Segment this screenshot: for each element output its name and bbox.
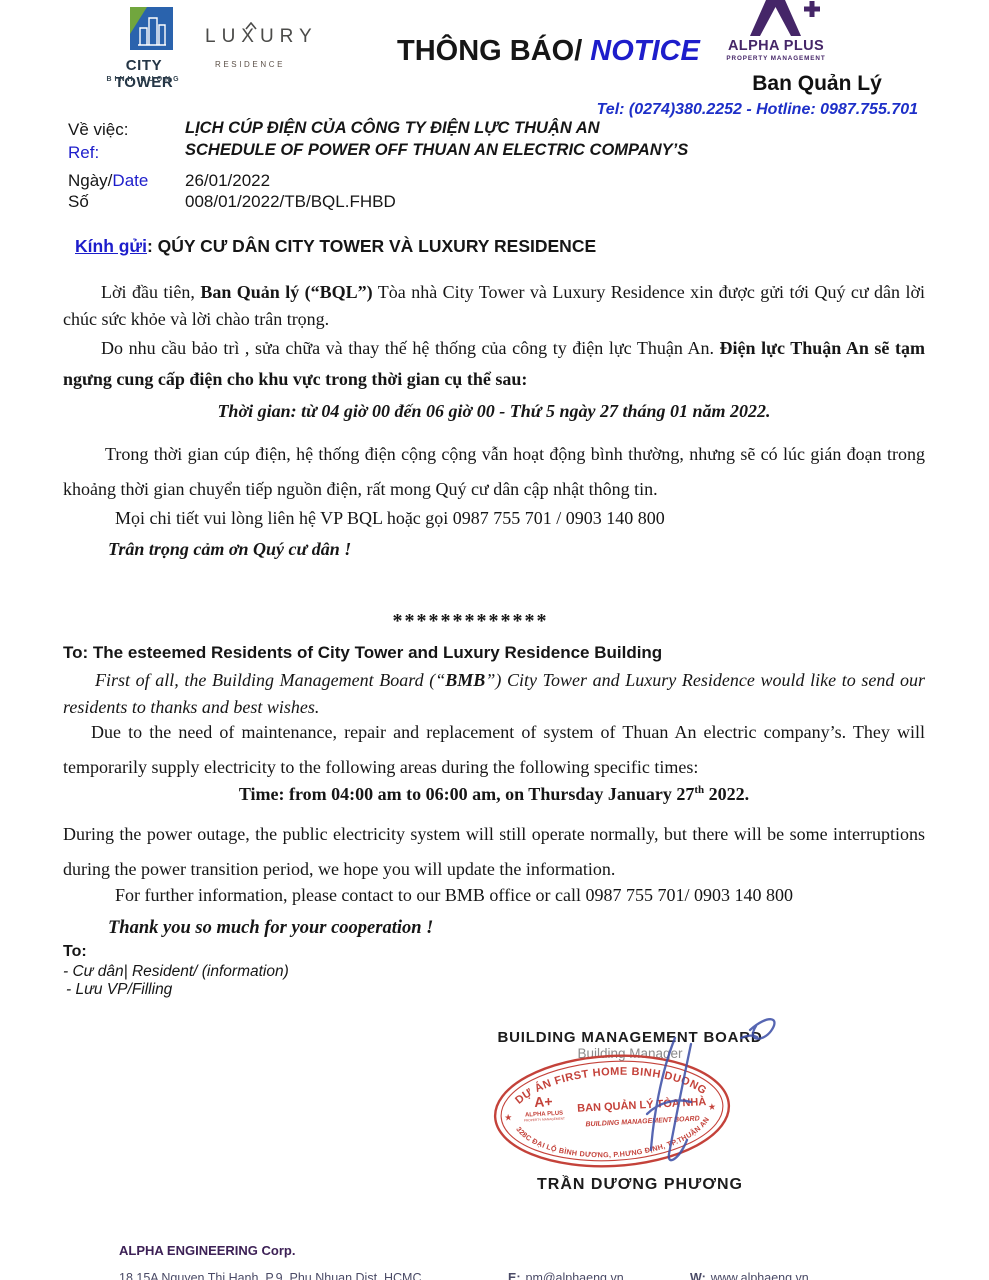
footer-email-label: E: [508,1271,521,1280]
vi-paragraph-greeting: Lời đầu tiên, Ban Quản lý (“BQL”) Tòa nh… [63,279,925,333]
vi-paragraph-contact: Mọi chi tiết vui lòng liên hệ VP BQL hoặ… [63,508,925,529]
vi-p2-text: Do nhu cầu bảo trì , sửa chữa và thay th… [101,338,720,358]
date-label-en: Date [112,171,148,190]
salutation-line: Kính gửi: QÚY CƯ DÂN CITY TOWER VÀ LUXUR… [75,236,596,257]
notice-page: CITY TOWER BINH DUONG LUXURY RESIDENCE T… [0,0,989,1280]
luxury-caret-icon [245,22,257,30]
city-tower-logo-icon [130,7,173,50]
footer-address: 18.15A Nguyen Thi Hanh, P.9, Phu Nhuan D… [119,1271,421,1280]
footer-email: E:pm@alphaeng.vn [508,1271,624,1280]
vi-thanks-line: Trân trọng cảm ơn Quý cư dân ! [108,539,351,560]
subject-label-vi: Về việc: [68,120,128,140]
en-paragraph-contact: For further information, please contact … [63,885,925,906]
cc-item-filing: - Lưu VP/Filling [66,981,172,999]
en-time-line: Time: from 04:00 am to 06:00 am, on Thur… [63,784,925,805]
vi-paragraph-reason: Do nhu cầu bảo trì , sửa chữa và thay th… [63,333,925,395]
stamp-star-left: ★ [504,1112,513,1122]
page-title: THÔNG BÁO/NOTICE [397,35,700,68]
en-time-superscript: th [694,784,704,796]
stamp-alpha-plus-mark: A+ [534,1093,553,1110]
subject-english: SCHEDULE OF POWER OFF THUAN AN ELECTRIC … [185,141,688,160]
footer-company: ALPHA ENGINEERING Corp. [119,1243,295,1258]
number-value: 008/01/2022/TB/BQL.FHBD [185,192,396,212]
en-p1-bold: BMB [445,670,485,690]
luxury-residence-logo: LUXURY RESIDENCE [201,26,299,69]
en-time-text2: 2022. [704,784,749,804]
vi-paragraph-outage: Trong thời gian cúp điện, hệ thống điện … [63,437,925,507]
alpha-plus-logo-name: ALPHA PLUS [722,38,830,54]
luxury-logo-subtitle: RESIDENCE [201,60,299,69]
footer-web-label: W: [690,1271,706,1280]
city-tower-logo-subtitle: BINH DUONG [96,76,192,83]
en-p1-text: First of all, the Building Management Bo… [95,670,445,690]
signature-scribble-icon [555,1002,805,1172]
cc-item-resident: - Cư dân| Resident/ (information) [63,963,289,981]
alpha-plus-logo-icon [728,0,823,36]
date-label-vi: Ngày/ [68,171,112,190]
cc-label: To: [63,943,87,961]
vi-p1-bold: Ban Quản lý (“BQL”) [200,282,372,302]
footer-email-value: pm@alphaeng.vn [526,1271,624,1280]
vi-time-line: Thời gian: từ 04 giờ 00 đến 06 giờ 00 - … [63,401,925,422]
en-paragraph-greeting: First of all, the Building Management Bo… [63,667,925,721]
subject-vietnamese: LỊCH CÚP ĐIỆN CỦA CÔNG TY ĐIỆN LỰC THUẬN… [185,119,600,138]
en-paragraph-outage: During the power outage, the public elec… [63,817,925,887]
subject-label-en: Ref: [68,143,99,163]
salutation-label: Kính gửi [75,236,147,256]
vi-p1-text: Lời đầu tiên, [101,282,200,302]
date-label: Ngày/Date [68,171,148,191]
alpha-plus-logo-subtitle: PROPERTY MANAGEMENT [722,55,830,62]
en-time-text: Time: from 04:00 am to 06:00 am, on Thur… [239,784,695,804]
city-tower-logo-name: CITY TOWER [96,57,192,91]
contact-phone-line: Tel: (0274)380.2252 - Hotline: 0987.755.… [597,101,918,119]
footer-website: W:www.alphaeng.vn [690,1271,809,1280]
en-paragraph-reason: Due to the need of maintenance, repair a… [63,715,925,785]
date-value: 26/01/2022 [185,171,270,191]
section-divider-stars: ************* [63,610,878,633]
title-vietnamese: THÔNG BÁO/ [397,35,582,67]
en-to-line: To: The esteemed Residents of City Tower… [63,643,662,663]
footer-web-value: www.alphaeng.vn [711,1271,809,1280]
management-board-label: Ban Quản Lý [722,72,912,96]
salutation-text: : QÚY CƯ DÂN CITY TOWER VÀ LUXURY RESIDE… [147,236,596,256]
en-thanks-line: Thank you so much for your cooperation ! [108,918,433,939]
signer-name: TRẦN DƯƠNG PHƯƠNG [450,1176,830,1194]
number-label: Số [68,192,89,212]
title-english: NOTICE [590,35,700,67]
